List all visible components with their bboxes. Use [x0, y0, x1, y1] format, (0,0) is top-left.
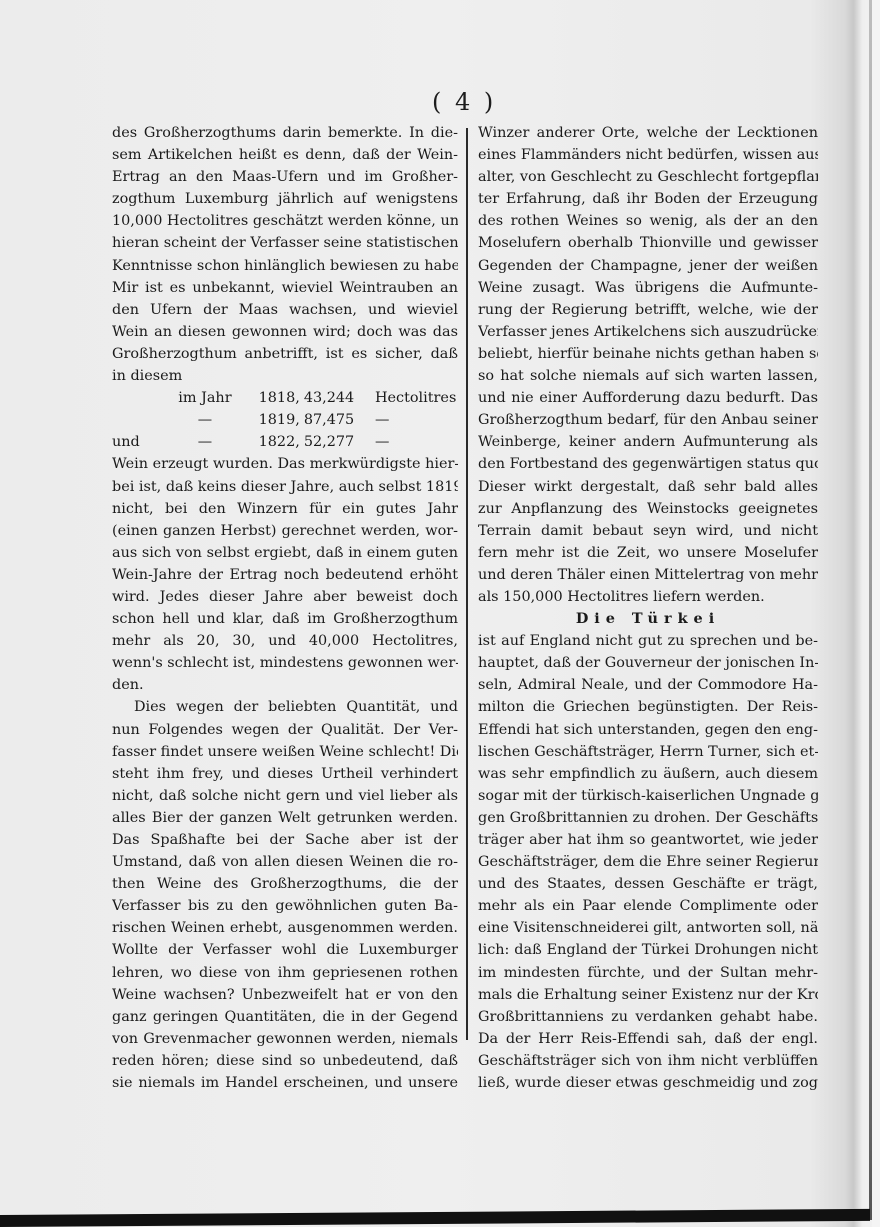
text-line: lischen Geschäftsträger, Herrn Turner, s…: [478, 741, 818, 763]
text-line: Kenntnisse schon hinlänglich bewiesen zu…: [112, 255, 458, 277]
scanned-page: ( 4 ) des Großherzogthums darin bemerkte…: [0, 0, 880, 1227]
text-line: Weine wachsen? Unbezweifelt hat er von d…: [112, 984, 458, 1006]
text-line: Verfasser jenes Artikelchens sich auszud…: [478, 321, 818, 343]
text-line: mals die Erhaltung seiner Existenz nur d…: [478, 984, 818, 1006]
paragraph-start: Dies wegen der beliebten Quantität, und: [112, 696, 458, 718]
row-unit: —: [375, 409, 458, 431]
text-line: mehr als 20, 30, und 40,000 Hectolitres,: [112, 630, 458, 652]
text-line: den Fortbestand des gegenwärtigen status…: [478, 453, 818, 475]
text-line: hieran scheint der Verfasser seine stati…: [112, 232, 458, 254]
row-label: —: [173, 409, 236, 431]
text-line: Winzer anderer Orte, welche der Lecktion…: [478, 122, 818, 144]
row-label: im Jahr: [173, 387, 236, 409]
row-prefix: [112, 409, 173, 431]
row-amount: 87,475: [304, 409, 375, 431]
left-column: des Großherzogthums darin bemerkte. In d…: [112, 122, 458, 1094]
text-line: wenn's schlecht ist, mindestens gewonnen…: [112, 652, 458, 674]
row-year: 1818,: [237, 387, 304, 409]
text-line: ist auf England nicht gut zu sprechen un…: [478, 630, 818, 652]
text-line: steht ihm frey, und dieses Urtheil verhi…: [112, 763, 458, 785]
section-heading: Die Türkei: [478, 608, 818, 630]
text-line: fasser findet unsere weißen Weine schlec…: [112, 741, 458, 763]
text-line: und nie einer Aufforderung dazu bedurft.…: [478, 387, 818, 409]
text-line: im mindesten fürchte, und der Sultan meh…: [478, 962, 818, 984]
text-line: von Grevenmacher gewonnen werden, niemal…: [112, 1028, 458, 1050]
text-line: zur Anpflanzung des Weinstocks geeignete…: [478, 498, 818, 520]
row-unit: —: [375, 431, 458, 453]
row-amount: 52,277: [304, 431, 375, 453]
text-line: then Weine des Großherzogthums, die der: [112, 873, 458, 895]
text-line: Großbrittanniens zu verdanken gehabt hab…: [478, 1006, 818, 1028]
text-line: Gegenden der Champagne, jener der weißen: [478, 255, 818, 277]
text-line: Großherzogthum anbetrifft, ist es sicher…: [112, 343, 458, 365]
text-line: beliebt, hierfür beinahe nichts gethan h…: [478, 343, 818, 365]
row-prefix: und: [112, 431, 173, 453]
text-line: sem Artikelchen heißt es denn, daß der W…: [112, 144, 458, 166]
text-line: (einen ganzen Herbst) gerechnet werden, …: [112, 520, 458, 542]
wine-yield-table: im Jahr 1818, 43,244 Hectolitres — 1819,…: [112, 387, 458, 453]
text-line: rischen Weinen erhebt, ausgenommen werde…: [112, 917, 458, 939]
text-line: träger aber hat ihm so geantwortet, wie …: [478, 829, 818, 851]
text-line: nicht, daß solche nicht gern und viel li…: [112, 785, 458, 807]
text-line: milton die Griechen begünstigten. Der Re…: [478, 696, 818, 718]
text-line: des Großherzogthums darin bemerkte. In d…: [112, 122, 458, 144]
table-row: im Jahr 1818, 43,244 Hectolitres: [112, 387, 458, 409]
text-line: ter Erfahrung, daß ihr Boden der Erzeugu…: [478, 188, 818, 210]
text-line: Verfasser bis zu den gewöhnlichen guten …: [112, 895, 458, 917]
text-line: reden hören; diese sind so unbedeutend, …: [112, 1050, 458, 1072]
text-line: alter, von Geschlecht zu Geschlecht fort…: [478, 166, 818, 188]
text-line: Wollte der Verfasser wohl die Luxemburge…: [112, 939, 458, 961]
text-line: Da der Herr Reis-Effendi sah, daß der en…: [478, 1028, 818, 1050]
text-line: fern mehr ist die Zeit, wo unsere Moselu…: [478, 542, 818, 564]
text-line: Moselufern oberhalb Thionville und gewis…: [478, 232, 818, 254]
text-line: als 150,000 Hectolitres liefern werden.: [478, 586, 818, 608]
text-line: den Ufern der Maas wachsen, und wieviel: [112, 299, 458, 321]
text-line: nun Folgendes wegen der Qualität. Der Ve…: [112, 719, 458, 741]
text-line: ganz geringen Quantitäten, die in der Ge…: [112, 1006, 458, 1028]
text-line: Dieser wirkt dergestalt, daß sehr bald a…: [478, 476, 818, 498]
row-label: —: [173, 431, 236, 453]
text-line: hauptet, daß der Gouverneur der jonische…: [478, 652, 818, 674]
text-line: lehren, wo diese von ihm gepriesenen rot…: [112, 962, 458, 984]
text-line: Mir ist es unbekannt, wieviel Weintraube…: [112, 277, 458, 299]
text-line: Wein an diesen gewonnen wird; doch was d…: [112, 321, 458, 343]
text-line: was sehr empfindlich zu äußern, auch die…: [478, 763, 818, 785]
text-line: wird. Jedes dieser Jahre aber beweist do…: [112, 586, 458, 608]
table-row: und — 1822, 52,277 —: [112, 431, 458, 453]
text-line: Ertrag an den Maas-Ufern und im Großher-: [112, 166, 458, 188]
scan-bottom-border: [0, 1209, 870, 1227]
text-line: Weinberge, keiner andern Aufmunterung al…: [478, 431, 818, 453]
text-line: aus sich von selbst ergiebt, daß in eine…: [112, 542, 458, 564]
text-line: des rothen Weines so wenig, als der an d…: [478, 210, 818, 232]
text-line: 10,000 Hectolitres geschätzt werden könn…: [112, 210, 458, 232]
text-line: nicht, bei den Winzern für ein gutes Jah…: [112, 498, 458, 520]
text-line: sie niemals im Handel erscheinen, und un…: [112, 1072, 458, 1094]
text-line: eine Visitenschneiderei gilt, antworten …: [478, 917, 818, 939]
text-line: sogar mit der türkisch-kaiserlichen Ungn…: [478, 785, 818, 807]
text-line: Effendi hat sich unterstanden, gegen den…: [478, 719, 818, 741]
text-line: alles Bier der ganzen Welt getrunken wer…: [112, 807, 458, 829]
column-divider: [466, 128, 468, 1040]
right-column: Winzer anderer Orte, welche der Lecktion…: [478, 122, 818, 1094]
text-line: Wein erzeugt wurden. Das merkwürdigste h…: [112, 453, 458, 475]
text-line: in diesem: [112, 365, 458, 387]
text-line: mehr als ein Paar elende Complimente ode…: [478, 895, 818, 917]
text-line: schon hell und klar, daß im Großherzogth…: [112, 608, 458, 630]
text-line: gen Großbrittannien zu drohen. Der Gesch…: [478, 807, 818, 829]
text-line: und des Staates, dessen Geschäfte er trä…: [478, 873, 818, 895]
text-line: Terrain damit bebaut seyn wird, und nich…: [478, 520, 818, 542]
text-line: Weine zusagt. Was übrigens die Aufmunte-: [478, 277, 818, 299]
text-line: Wein-Jahre der Ertrag noch bedeutend erh…: [112, 564, 458, 586]
text-line: und deren Thäler einen Mittelertrag von …: [478, 564, 818, 586]
row-year: 1819,: [237, 409, 304, 431]
row-year: 1822,: [237, 431, 304, 453]
text-line: Umstand, daß von allen diesen Weinen die…: [112, 851, 458, 873]
text-line: so hat solche niemals auf sich warten la…: [478, 365, 818, 387]
text-line: ließ, wurde dieser etwas geschmeidig und…: [478, 1072, 818, 1094]
page-number: ( 4 ): [432, 88, 496, 116]
text-line: Das Spaßhafte bei der Sache aber ist der: [112, 829, 458, 851]
text-line: rung der Regierung betrifft, welche, wie…: [478, 299, 818, 321]
text-line: lich: daß England der Türkei Drohungen n…: [478, 939, 818, 961]
text-line: Geschäftsträger sich von ihm nicht verbl…: [478, 1050, 818, 1072]
text-line: Großherzogthum bedarf, für den Anbau sei…: [478, 409, 818, 431]
text-line: Geschäftsträger, dem die Ehre seiner Reg…: [478, 851, 818, 873]
text-line: zogthum Luxemburg jährlich auf wenigsten…: [112, 188, 458, 210]
text-line: seln, Admiral Neale, und der Commodore H…: [478, 674, 818, 696]
row-prefix: [112, 387, 173, 409]
text-line: den.: [112, 674, 458, 696]
row-unit: Hectolitres: [375, 387, 458, 409]
text-line: eines Flammänders nicht bedürfen, wissen…: [478, 144, 818, 166]
table-row: — 1819, 87,475 —: [112, 409, 458, 431]
text-line: bei ist, daß keins dieser Jahre, auch se…: [112, 476, 458, 498]
row-amount: 43,244: [304, 387, 375, 409]
page-edge: [872, 0, 880, 1227]
